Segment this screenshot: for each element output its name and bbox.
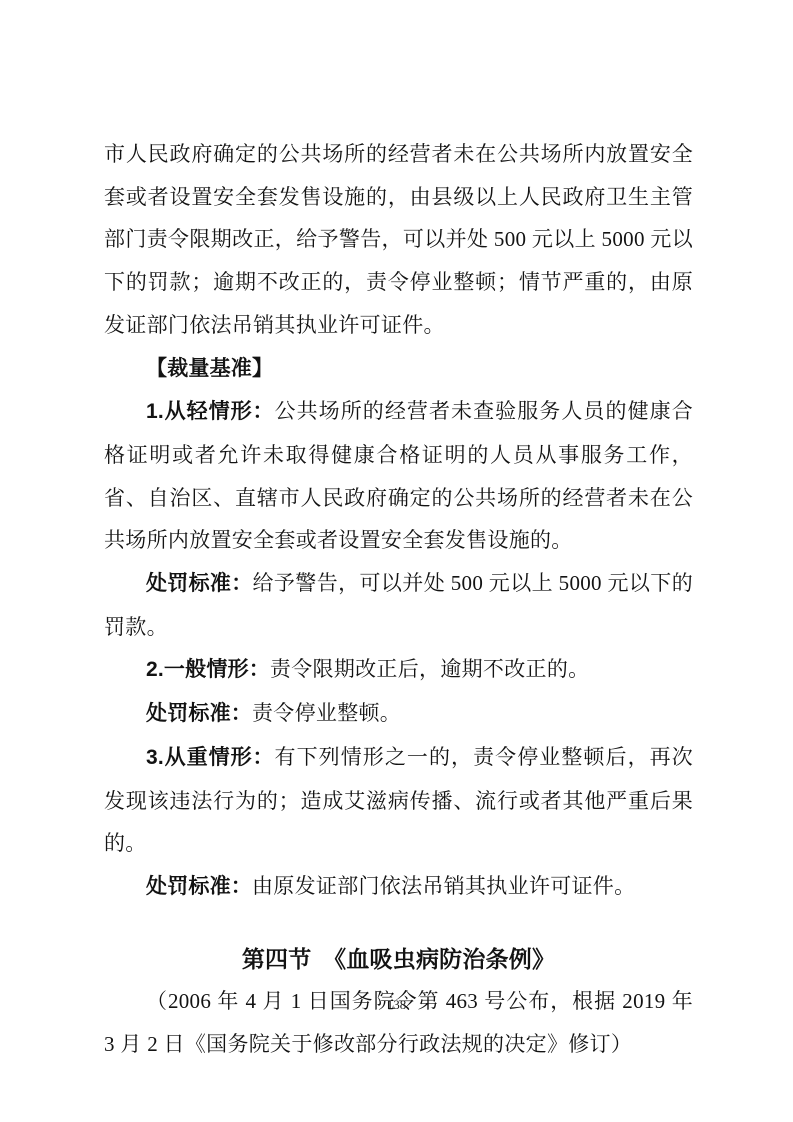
paragraph: 处罚标准：给予警告，可以并处 500 元以上 5000 元以下的罚款。 <box>104 562 693 648</box>
paragraph: 2.一般情形：责令限期改正后，逾期不改正的。 <box>104 648 693 692</box>
paragraph: （2006 年 4 月 1 日国务院令第 463 号公布，根据 2019 年 3… <box>104 980 693 1065</box>
bold-text-run: 处罚标准： <box>146 572 253 595</box>
document-page: 市人民政府确定的公共场所的经营者未在公共场所内放置安全套或者设置安全套发售设施的… <box>0 0 793 1122</box>
paragraph: 【裁量基准】 <box>104 347 693 391</box>
bold-text-run: 2.一般情形： <box>146 658 270 681</box>
bold-text-run: 处罚标准： <box>146 875 252 898</box>
paragraph: 处罚标准：责令停业整顿。 <box>104 692 693 736</box>
bold-text-run: 处罚标准： <box>146 702 252 725</box>
page-footer: 138 <box>0 997 793 1013</box>
section-heading: 第四节 《血吸虫病防治条例》 <box>104 938 693 981</box>
paragraph: 市人民政府确定的公共场所的经营者未在公共场所内放置安全套或者设置安全套发售设施的… <box>104 133 693 347</box>
text-run: 由原发证部门依法吊销其执业许可证件。 <box>252 874 635 898</box>
paragraph: 1.从轻情形：公共场所的经营者未查验服务人员的健康合格证明或者允许未取得健康合格… <box>104 390 693 562</box>
bold-text-run: 【裁量基准】 <box>146 357 273 380</box>
document-body: 市人民政府确定的公共场所的经营者未在公共场所内放置安全套或者设置安全套发售设施的… <box>104 133 693 1066</box>
bold-text-run: 1.从轻情形： <box>146 400 275 423</box>
text-run: 责令限期改正后，逾期不改正的。 <box>270 657 590 681</box>
page-number: 138 <box>387 997 407 1012</box>
text-run: 市人民政府确定的公共场所的经营者未在公共场所内放置安全套或者设置安全套发售设施的… <box>104 142 693 337</box>
bold-text-run: 第四节 《血吸虫病防治条例》 <box>242 946 555 972</box>
bold-text-run: 3.从重情形： <box>146 746 275 769</box>
text-run: 责令停业整顿。 <box>252 701 401 725</box>
paragraph: 3.从重情形：有下列情形之一的，责令停业整顿后，再次发现该违法行为的；造成艾滋病… <box>104 736 693 865</box>
paragraph: 处罚标准：由原发证部门依法吊销其执业许可证件。 <box>104 865 693 909</box>
